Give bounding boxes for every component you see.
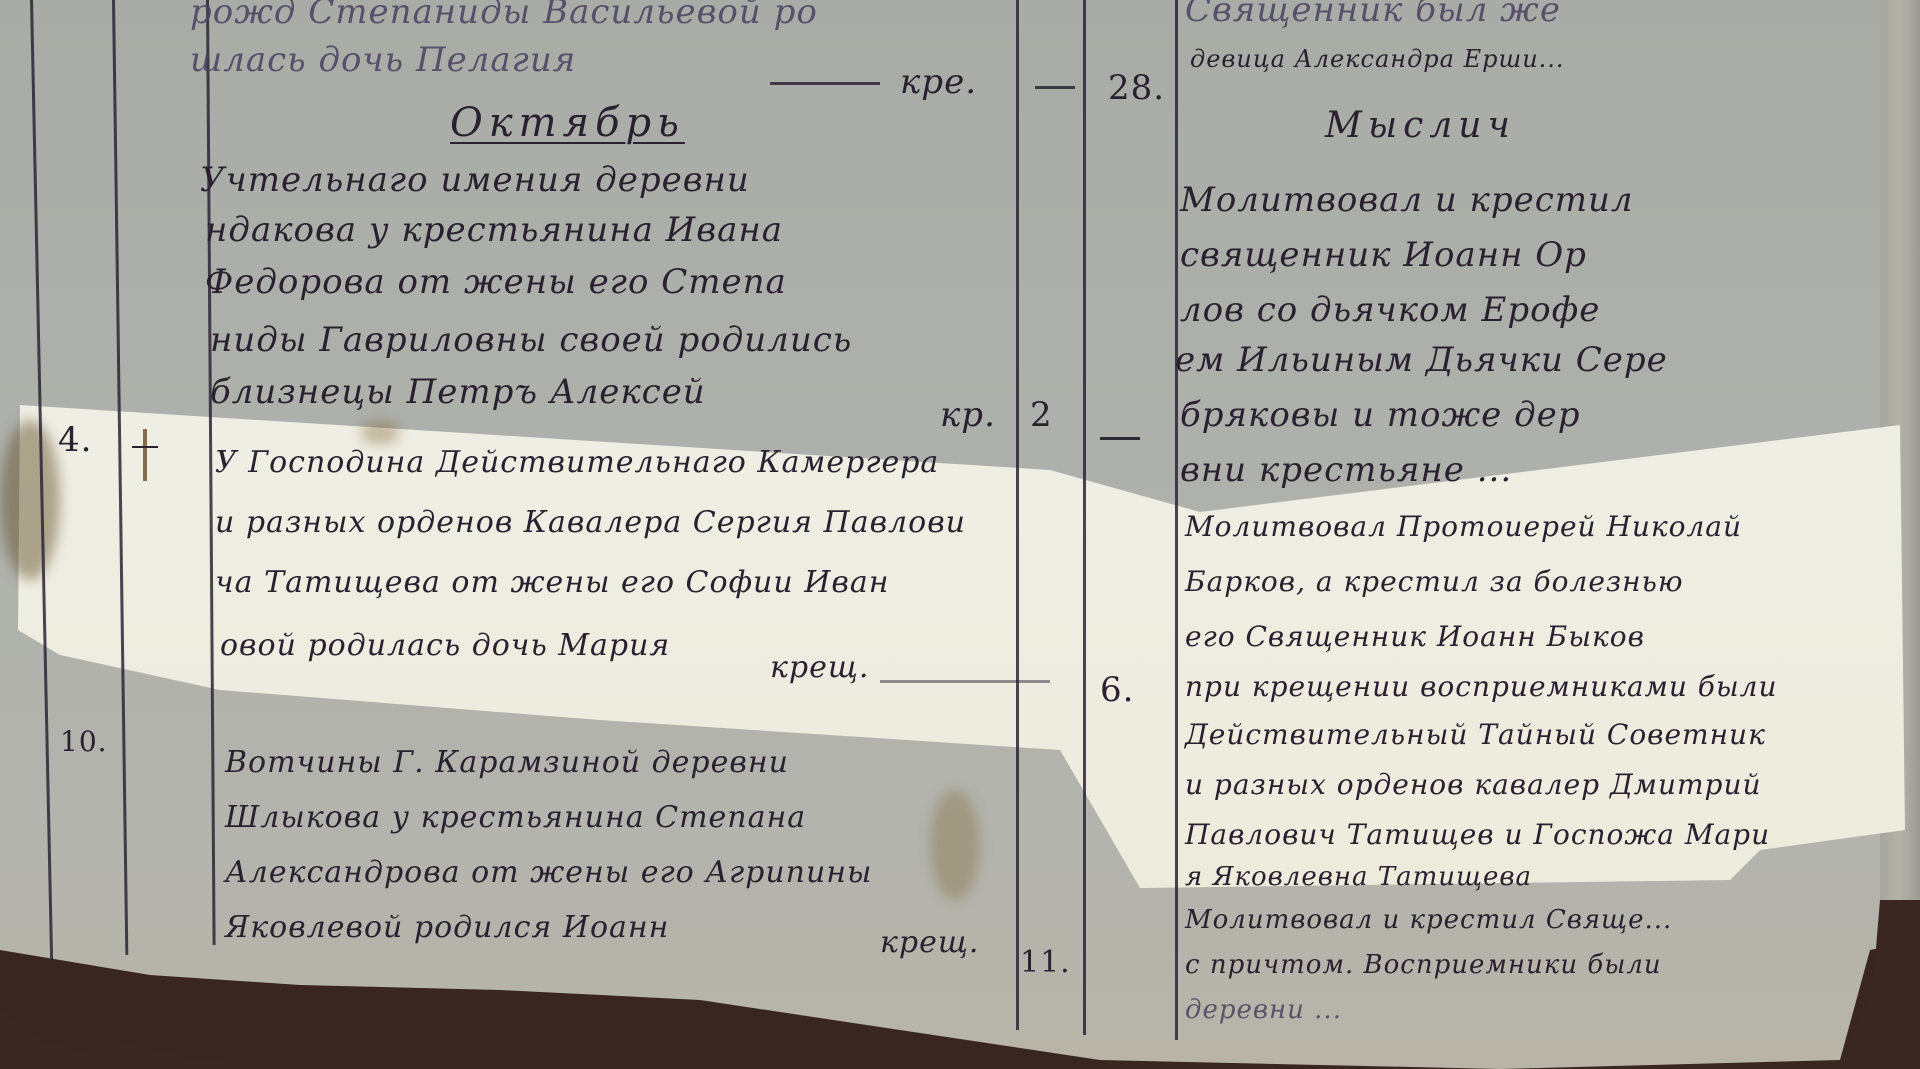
entry-suffix: кр. (940, 395, 996, 435)
entry-line: я Яковлевна Татищева (1185, 862, 1532, 892)
entry-line: овой родилась дочь Мария (220, 628, 670, 663)
column-rule (1016, 0, 1019, 1030)
entry-line: ндакова у крестьянина Ивана (205, 210, 783, 250)
top-fragment-line-2: шлась дочь Пелагия (190, 40, 576, 80)
top-fragment-suffix: кре. (900, 62, 977, 102)
top-fragment-line-1: Священник был же (1185, 0, 1561, 30)
entry-line: и разных орденов Кавалера Сергия Павлови (215, 505, 966, 540)
entry-count: 2 (1030, 395, 1053, 435)
entry-line: его Священник Иоанн Быков (1185, 620, 1645, 653)
document-page: рожд Степаниды Васильевой ро шлась дочь … (0, 0, 1920, 1069)
entry-line: близнецы Петръ Алексей (210, 372, 706, 412)
entry-day: 10. (60, 725, 108, 758)
column-rule (1083, 0, 1086, 1035)
ink-stain (360, 420, 400, 445)
entry-line: Барков, а крестил за болезнью (1185, 565, 1684, 598)
entry-line: Шлыкова у крестьянина Степана (225, 800, 806, 835)
death-cross-icon (130, 425, 160, 485)
dash (880, 680, 1050, 683)
entry-line: Молитвовал и крестил (1180, 180, 1634, 220)
ink-stain (930, 790, 980, 900)
dash (1100, 437, 1140, 440)
entry-line: с причтом. Восприемники были (1185, 950, 1662, 980)
entry-suffix: крещ. (770, 650, 869, 685)
entry-line: ем Ильиным Дьячки Сере (1175, 340, 1668, 380)
entry-line: Александрова от жены его Агрипины (225, 855, 873, 890)
entry-day: 4. (58, 420, 92, 460)
entry-line: деревни ... (1185, 995, 1342, 1025)
entry-line: Федорова от жены его Степа (205, 262, 787, 302)
top-fragment-line-2: девица Александра Ерши... (1190, 45, 1565, 73)
column-heading: Мыслич (1325, 105, 1516, 146)
entry-line: ниды Гавриловны своей родились (210, 320, 852, 360)
entry-day: 28. (1108, 68, 1165, 108)
ink-stain (0, 420, 60, 580)
column-rule (1175, 0, 1178, 1040)
entry-day: 6. (1100, 670, 1134, 710)
entry-line: при крещении восприемниками были (1185, 670, 1778, 703)
dash (1035, 86, 1075, 89)
entry-line: Вотчины Г. Карамзиной деревни (225, 745, 789, 780)
entry-line: бряковы и тоже дер (1180, 395, 1581, 435)
entry-line: лов со дьячком Ерофе (1180, 290, 1600, 330)
entry-line: Яковлевой родился Иоанн (225, 910, 669, 945)
entry-line: Молитвовал Протоиерей Николай (1185, 510, 1742, 543)
entry-day: 11. (1020, 945, 1071, 980)
entry-line: Учтельнаго имения деревни (200, 160, 750, 200)
entry-line: У Господина Действительнаго Камергера (215, 445, 939, 480)
entry-line: ча Татищева от жены его Софии Иван (215, 565, 890, 600)
month-heading: Октябрь (450, 100, 685, 146)
entry-line: Действительный Тайный Советник (1185, 718, 1766, 751)
top-fragment-line-1: рожд Степаниды Васильевой ро (190, 0, 818, 32)
entry-line: Павлович Татищев и Госпожа Мари (1185, 818, 1770, 851)
entry-line: священник Иоанн Ор (1180, 235, 1587, 275)
entry-line: Молитвовал и крестил Свяще... (1185, 905, 1672, 935)
entry-line: и разных орденов кавалер Дмитрий (1185, 768, 1762, 801)
dash (770, 82, 880, 85)
entry-suffix: крещ. (880, 925, 979, 960)
entry-line: вни крестьяне ... (1180, 450, 1512, 490)
